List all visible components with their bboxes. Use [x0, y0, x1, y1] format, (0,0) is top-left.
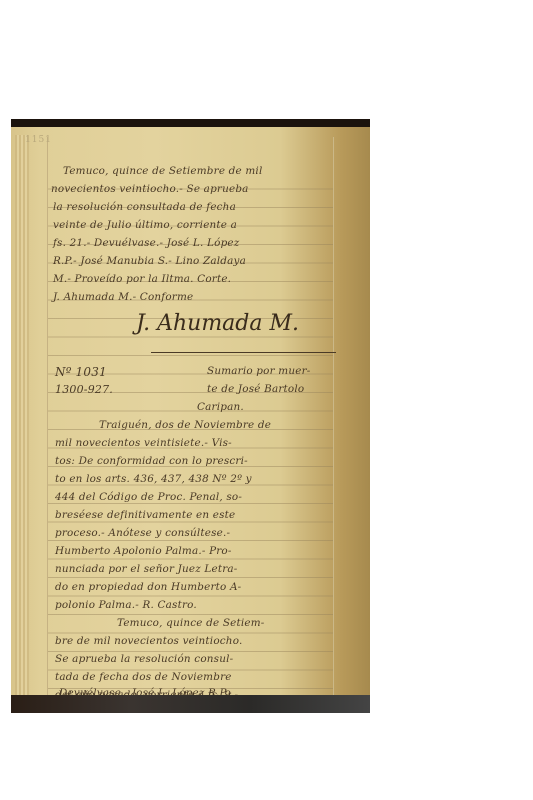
text-line: Humberto Apolonio Palma.- Pro-	[55, 545, 232, 557]
text-line: Se aprueba la resolución consul-	[55, 653, 233, 665]
text-line: novecientos veintiocho.- Se aprueba	[51, 183, 249, 195]
text-line: proceso.- Anótese y consúltese.-	[55, 527, 230, 539]
text-line: fs. 21.- Devuélvase.- José L. López	[53, 237, 239, 249]
text-line: do en propiedad don Humberto A-	[55, 581, 241, 593]
text-line: Temuco, quince de Setiem-	[117, 617, 265, 629]
text-line: Traiguén, dos de Noviembre de	[99, 419, 271, 431]
entry-number: Nº 1031	[55, 365, 107, 379]
text-line: to en los arts. 436, 437, 438 Nº 2º y	[55, 473, 252, 485]
signature-underline	[151, 352, 336, 353]
signature: J. Ahumada M.	[136, 311, 299, 336]
summary-line: Sumario por muer-	[207, 365, 310, 377]
text-line: Temuco, quince de Setiembre de mil	[63, 165, 262, 177]
text-line: J. Ahumada M.- Conforme	[53, 291, 193, 303]
entry-reference: 1300-927.	[55, 383, 113, 396]
text-line: 444 del Código de Proc. Penal, so-	[55, 491, 242, 503]
stacked-page-edges	[15, 135, 29, 709]
ledger-page: 1151 Temuco, quince de Setiembre de mil …	[11, 127, 370, 701]
ledger-photo: 1151 Temuco, quince de Setiembre de mil …	[11, 119, 370, 713]
folio-number: 1151	[25, 135, 52, 145]
text-line: R.P.- José Manubia S.- Lino Zaldaya	[53, 255, 246, 267]
text-line: mil novecientos veintisiete.- Vis-	[55, 437, 232, 449]
text-line: nunciada por el señor Juez Letra-	[55, 563, 238, 575]
text-line: la resolución consultada de fecha	[53, 201, 236, 213]
summary-line: te de José Bartolo	[207, 383, 304, 395]
text-line: M.- Proveído por la Iltma. Corte.	[53, 273, 231, 285]
right-margin-rule	[333, 137, 334, 697]
text-line: tada de fecha dos de Noviembre	[55, 671, 232, 683]
book-bottom-edge	[11, 695, 370, 713]
text-line: tos: De conformidad con lo prescri-	[55, 455, 248, 467]
text-line: polonio Palma.- R. Castro.	[55, 599, 197, 611]
text-line: breséese definitivamente en este	[55, 509, 235, 521]
text-line: bre de mil novecientos veintiocho.	[55, 635, 242, 647]
ruled-lines	[48, 171, 333, 691]
text-line: veinte de Julio último, corriente a	[53, 219, 237, 231]
summary-line: Caripan.	[197, 401, 244, 413]
